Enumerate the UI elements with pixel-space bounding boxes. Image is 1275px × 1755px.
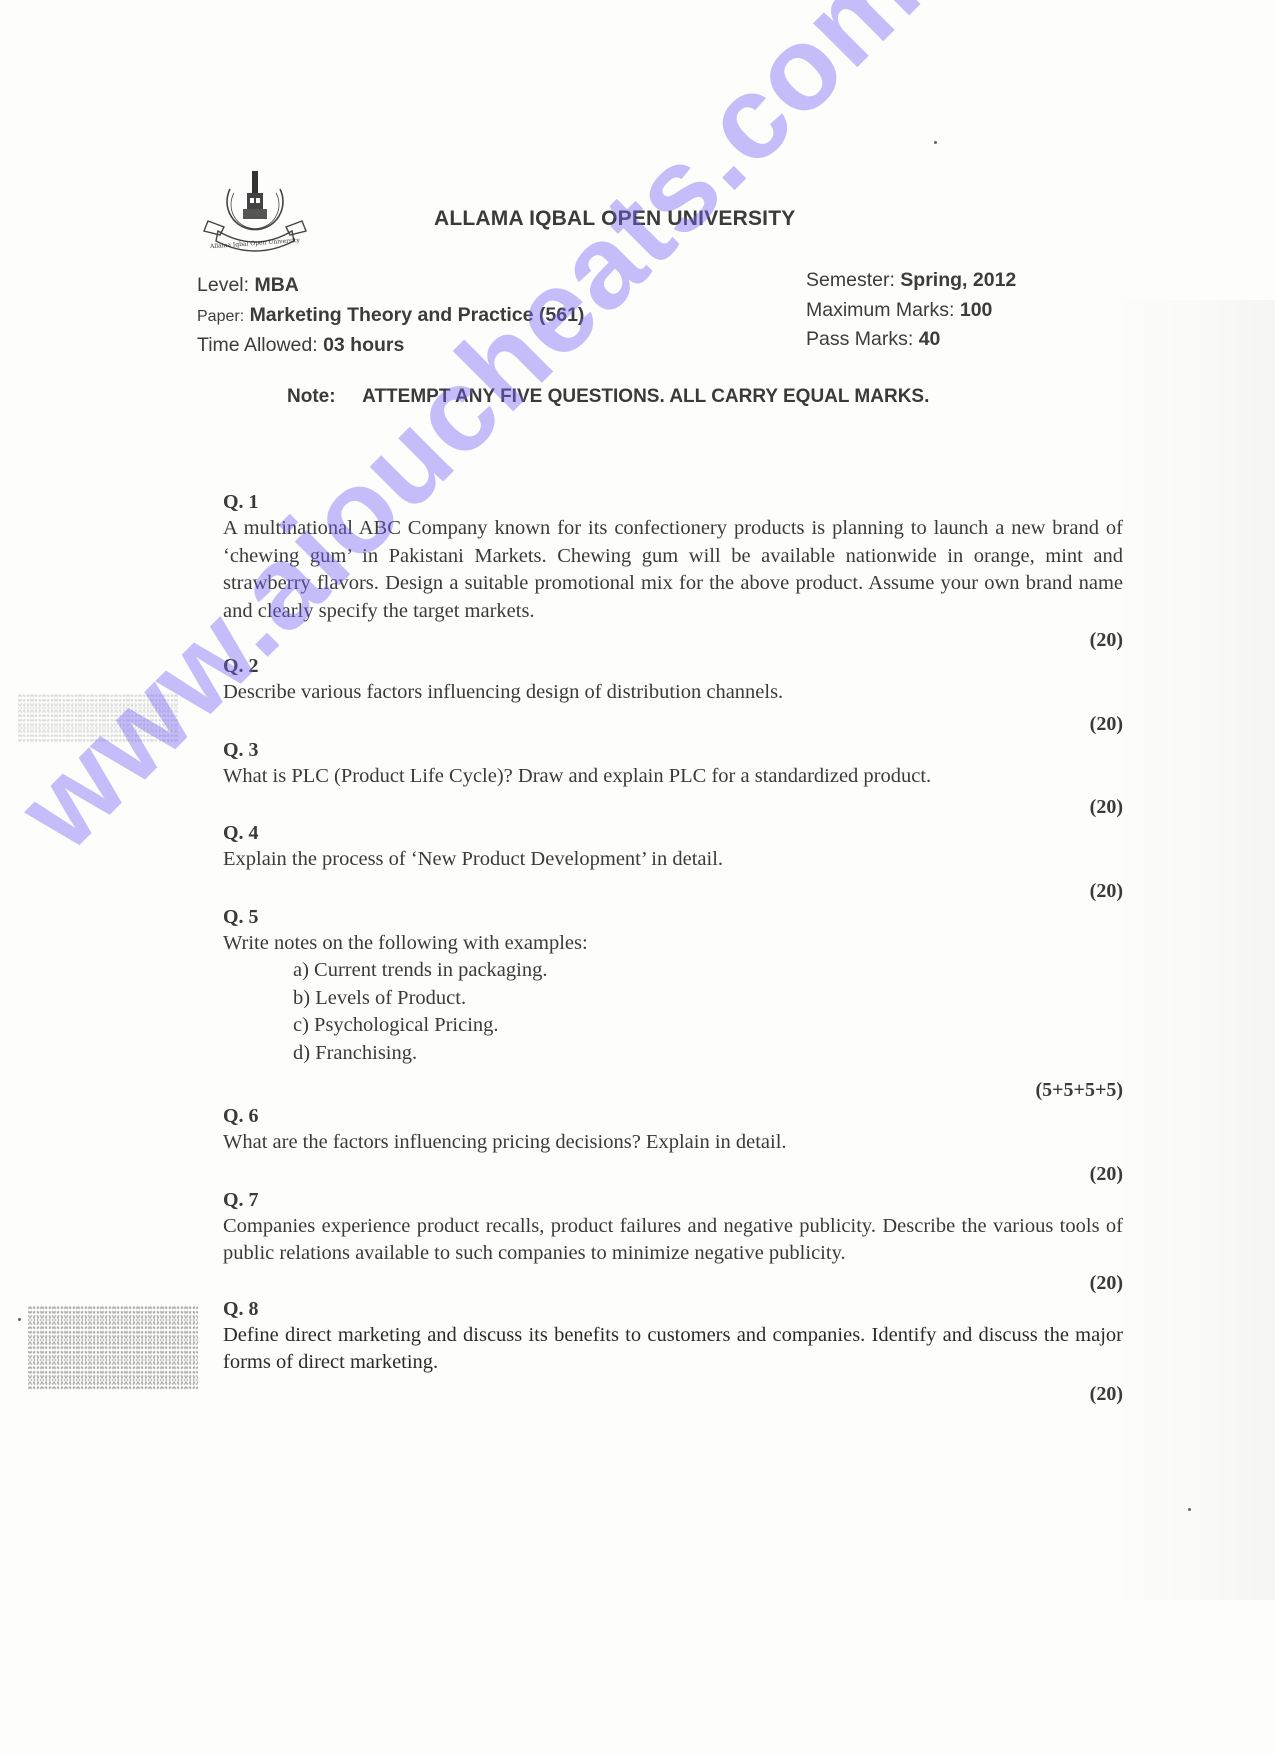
question-item: Q. 5Write notes on the following with ex… — [223, 904, 1123, 1104]
question-text: Explain the process of ‘New Product Deve… — [223, 846, 1123, 874]
question-marks: (20) — [223, 1270, 1123, 1296]
scan-shadow — [1110, 300, 1275, 1600]
question-marks: (20) — [223, 1161, 1123, 1187]
exam-paper-page: Allama Iqbal Open University ALLAMA IQBA… — [0, 0, 1275, 1755]
instructions-note: Note: ATTEMPT ANY FIVE QUESTIONS. ALL CA… — [287, 386, 929, 408]
question-number: Q. 5 — [223, 904, 1123, 930]
question-marks: (20) — [223, 711, 1123, 737]
scan-artifact — [18, 693, 178, 743]
question-number: Q. 7 — [223, 1187, 1123, 1213]
question-item: Q. 4Explain the process of ‘New Product … — [223, 820, 1123, 904]
question-item: Q. 6What are the factors influencing pri… — [223, 1103, 1123, 1187]
question-number: Q. 6 — [223, 1103, 1123, 1129]
question-list: Q. 1A multinational ABC Company known fo… — [223, 489, 1123, 1407]
question-number: Q. 1 — [223, 489, 1123, 515]
question-text: Define direct marketing and discuss its … — [223, 1322, 1123, 1377]
level-value: MBA — [254, 274, 298, 296]
question-text: Describe various factors influencing des… — [223, 679, 1123, 707]
question-marks: (20) — [223, 627, 1123, 653]
question-marks: (20) — [223, 1381, 1123, 1407]
question-sub-item: d) Franchising. — [223, 1040, 1123, 1068]
time-allowed-value: 03 hours — [323, 334, 404, 356]
question-number: Q. 3 — [223, 737, 1123, 763]
question-item: Q. 2Describe various factors influencing… — [223, 653, 1123, 737]
university-crest-icon: Allama Iqbal Open University — [200, 165, 310, 260]
question-item: Q. 3What is PLC (Product Life Cycle)? Dr… — [223, 737, 1123, 821]
paper-row: Paper: Marketing Theory and Practice (56… — [197, 301, 584, 332]
scan-speck — [18, 1318, 21, 1321]
question-item: Q. 8Define direct marketing and discuss … — [223, 1296, 1123, 1407]
question-marks: (5+5+5+5) — [223, 1077, 1123, 1103]
question-number: Q. 4 — [223, 820, 1123, 846]
question-item: Q. 7Companies experience product recalls… — [223, 1187, 1123, 1296]
question-sub-item: b) Levels of Product. — [223, 985, 1123, 1013]
note-label: Note: — [287, 386, 336, 407]
paper-label: Paper: — [197, 308, 244, 325]
question-sub-item: a) Current trends in packaging. — [223, 957, 1123, 985]
pass-marks-row: Pass Marks: 40 — [806, 325, 1016, 355]
level-row: Level: MBA — [197, 271, 584, 301]
question-text: What is PLC (Product Life Cycle)? Draw a… — [223, 763, 1123, 791]
question-text: Write notes on the following with exampl… — [223, 930, 1123, 958]
note-text: ATTEMPT ANY FIVE QUESTIONS. ALL CARRY EQ… — [362, 386, 929, 407]
paper-value: Marketing Theory and Practice (561) — [250, 304, 585, 326]
question-sub-item: c) Psychological Pricing. — [223, 1012, 1123, 1040]
pass-marks-value: 40 — [919, 328, 941, 350]
exam-details-right: Semester: Spring, 2012 Maximum Marks: 10… — [806, 266, 1016, 355]
semester-row: Semester: Spring, 2012 — [806, 266, 1016, 296]
exam-details-left: Level: MBA Paper: Marketing Theory and P… — [197, 271, 584, 361]
question-number: Q. 2 — [223, 653, 1123, 679]
question-number: Q. 8 — [223, 1296, 1123, 1322]
question-marks: (20) — [223, 794, 1123, 820]
maximum-marks-label: Maximum Marks: — [806, 299, 954, 321]
level-label: Level: — [197, 274, 249, 296]
question-text: A multinational ABC Company known for it… — [223, 515, 1123, 625]
scan-speck — [934, 141, 937, 144]
scan-speck — [1188, 1508, 1191, 1511]
svg-text:Allama Iqbal Open University: Allama Iqbal Open University — [209, 237, 301, 250]
semester-label: Semester: — [806, 269, 895, 291]
university-title: ALLAMA IQBAL OPEN UNIVERSITY — [434, 207, 795, 231]
maximum-marks-value: 100 — [960, 299, 993, 321]
time-allowed-row: Time Allowed: 03 hours — [197, 331, 584, 361]
maximum-marks-row: Maximum Marks: 100 — [806, 296, 1016, 326]
time-allowed-label: Time Allowed: — [197, 334, 318, 356]
pass-marks-label: Pass Marks: — [806, 328, 913, 350]
scan-artifact — [28, 1305, 198, 1390]
question-text: Companies experience product recalls, pr… — [223, 1213, 1123, 1268]
question-text: What are the factors influencing pricing… — [223, 1129, 1123, 1157]
question-item: Q. 1A multinational ABC Company known fo… — [223, 489, 1123, 653]
question-marks: (20) — [223, 878, 1123, 904]
semester-value: Spring, 2012 — [900, 269, 1016, 291]
